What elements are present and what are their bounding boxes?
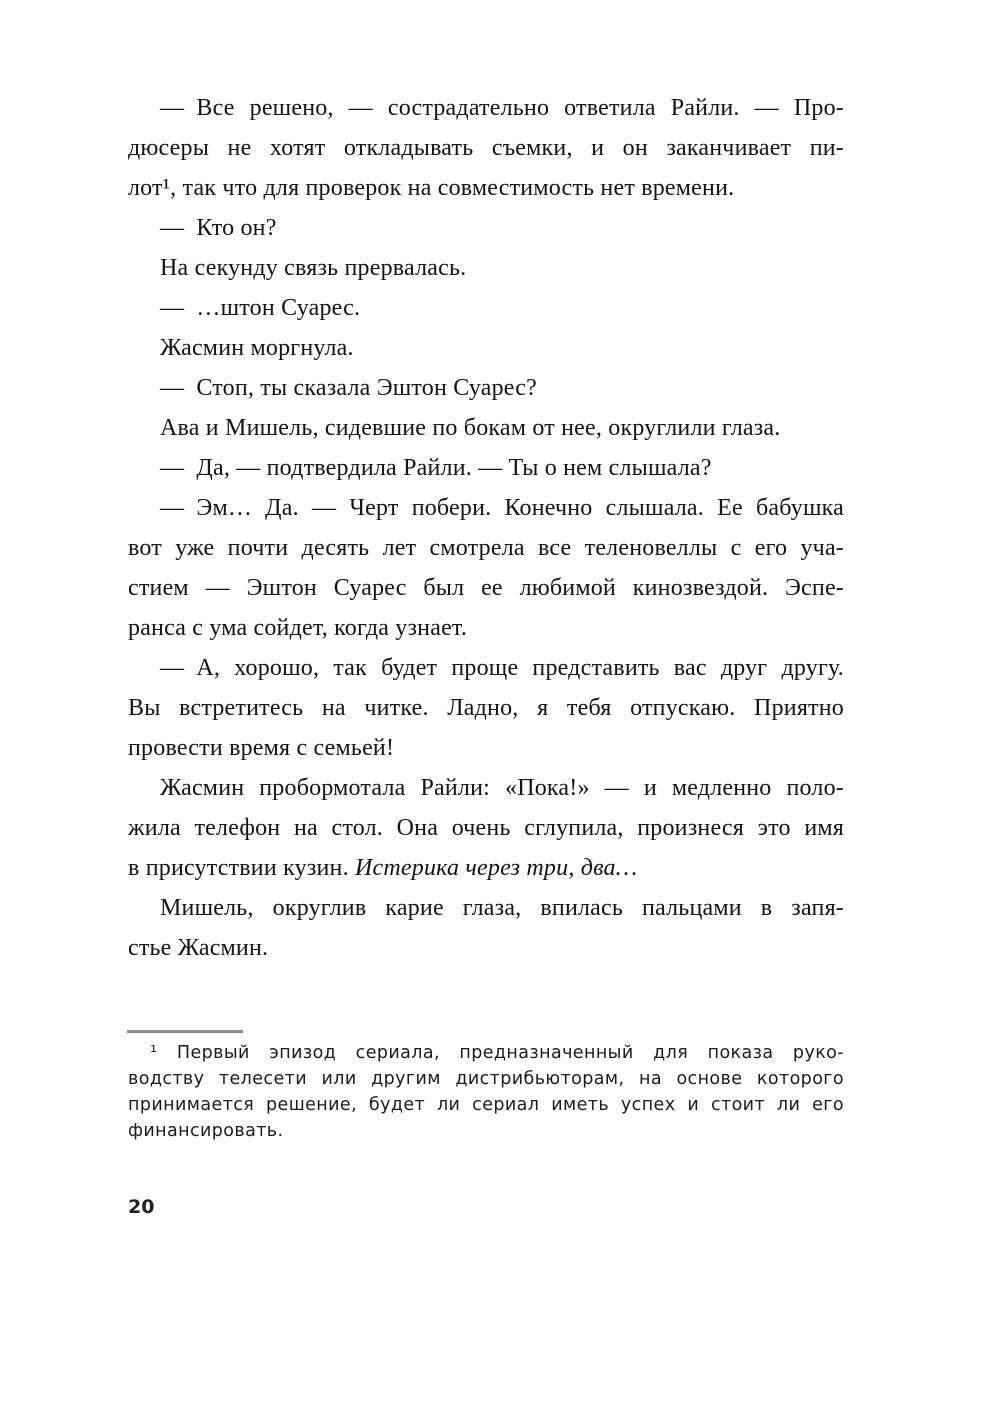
text-segment: Жасмин пробормотала Райли: «Пока!» — и м…	[160, 775, 844, 801]
text-line: Ава и Мишель, сидевшие по бокам от нее, …	[128, 408, 844, 448]
text-line: — Стоп, ты сказала Эштон Суарес?	[128, 368, 844, 408]
text-segment: Жасмин моргнула.	[160, 335, 354, 361]
book-page: — Все решено, — сострадательно ответила …	[0, 0, 1000, 1415]
text-line: Жасмин пробормотала Райли: «Пока!» — и м…	[128, 768, 844, 808]
text-line: — Эм… Да. — Черт побери. Конечно слышала…	[128, 488, 844, 528]
body-text: — Все решено, — сострадательно ответила …	[128, 88, 844, 968]
text-segment: На секунду связь прервалась.	[160, 255, 466, 281]
text-line: стием — Эштон Суарес был ее любимой кино…	[128, 568, 844, 608]
text-line: жила телефон на стол. Она очень сглупила…	[128, 808, 844, 848]
text-line: водству телесети или другим дистрибьютор…	[128, 1066, 844, 1092]
text-segment: ¹ Первый эпизод сериала, предназначенный…	[150, 1043, 844, 1063]
text-line: На секунду связь прервалась.	[128, 248, 844, 288]
text-line: ранса с ума сойдет, когда узнает.	[128, 608, 844, 648]
text-segment: Ава и Мишель, сидевшие по бокам от нее, …	[160, 415, 780, 441]
text-line: Вы встретитесь на читке. Ладно, я тебя о…	[128, 688, 844, 728]
text-segment: — …штон Суарес.	[160, 295, 360, 321]
text-segment: стье Жасмин.	[128, 935, 268, 961]
text-segment: водству телесети или другим дистрибьютор…	[128, 1069, 844, 1089]
text-segment: — Все решено, — сострадательно ответила …	[160, 95, 844, 121]
italic-text: Истерика через три, два…	[355, 855, 637, 881]
text-segment: — Да, — подтвердила Райли. — Ты о нем сл…	[160, 455, 712, 481]
footnote-divider	[127, 1030, 243, 1033]
text-segment: провести время с семьей!	[128, 735, 394, 761]
text-segment: лот¹, так что для проверок на совместимо…	[128, 175, 734, 201]
text-segment: в присутствии кузин.	[128, 855, 355, 881]
text-line: — А, хорошо, так будет проще представить…	[128, 648, 844, 688]
text-line: — …штон Суарес.	[128, 288, 844, 328]
text-segment: вот уже почти десять лет смотрела все те…	[128, 535, 844, 561]
text-line: принимается решение, будет ли сериал име…	[128, 1092, 844, 1118]
text-line: — Все решено, — сострадательно ответила …	[128, 88, 844, 128]
text-line: вот уже почти десять лет смотрела все те…	[128, 528, 844, 568]
text-line: Мишель, округлив карие глаза, впилась па…	[128, 888, 844, 928]
text-line: финансировать.	[128, 1118, 844, 1144]
text-line: — Кто он?	[128, 208, 844, 248]
text-segment: стием — Эштон Суарес был ее любимой кино…	[128, 575, 844, 601]
text-line: ¹ Первый эпизод сериала, предназначенный…	[128, 1040, 844, 1066]
text-segment: Вы встретитесь на читке. Ладно, я тебя о…	[128, 695, 844, 721]
text-line: провести время с семьей!	[128, 728, 844, 768]
text-segment: — А, хорошо, так будет проще представить…	[160, 655, 844, 681]
text-line: лот¹, так что для проверок на совместимо…	[128, 168, 844, 208]
text-segment: ранса с ума сойдет, когда узнает.	[128, 615, 467, 641]
text-line: стье Жасмин.	[128, 928, 844, 968]
text-segment: дюсеры не хотят откладывать съемки, и он…	[128, 135, 844, 161]
text-segment: принимается решение, будет ли сериал име…	[128, 1095, 844, 1115]
text-line: — Да, — подтвердила Райли. — Ты о нем сл…	[128, 448, 844, 488]
page-number: 20	[128, 1196, 154, 1218]
text-segment: жила телефон на стол. Она очень сглупила…	[128, 815, 844, 841]
text-line: Жасмин моргнула.	[128, 328, 844, 368]
text-line: в присутствии кузин. Истерика через три,…	[128, 848, 844, 888]
text-segment: финансировать.	[128, 1121, 283, 1141]
text-segment: Мишель, округлив карие глаза, впилась па…	[160, 895, 844, 921]
text-segment: — Кто он?	[160, 215, 277, 241]
text-line: дюсеры не хотят откладывать съемки, и он…	[128, 128, 844, 168]
footnote-text: ¹ Первый эпизод сериала, предназначенный…	[128, 1040, 844, 1144]
text-segment: — Эм… Да. — Черт побери. Конечно слышала…	[160, 495, 844, 521]
text-segment: — Стоп, ты сказала Эштон Суарес?	[160, 375, 537, 401]
